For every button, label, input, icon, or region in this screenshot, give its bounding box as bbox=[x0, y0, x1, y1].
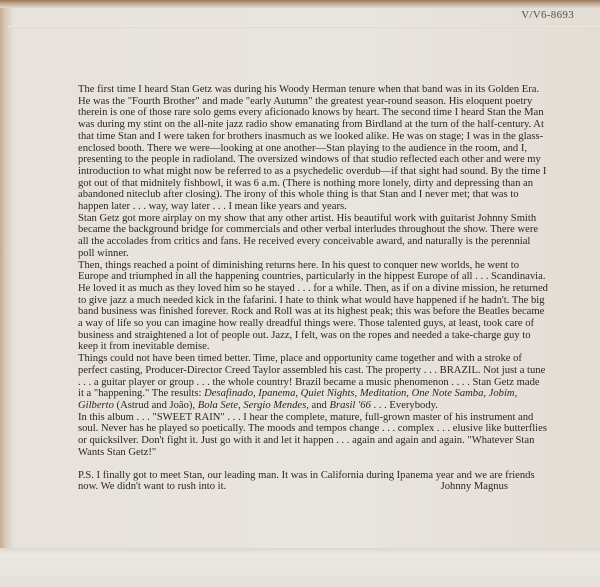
paragraph-europe: Then, things reached a point of diminish… bbox=[78, 260, 548, 283]
results-italic-2: Bola Sete, Sergio Mendes, bbox=[198, 400, 309, 411]
bottom-seam bbox=[0, 548, 600, 587]
catalog-number: V/V6-8693 bbox=[521, 9, 574, 21]
results-plain-2: and bbox=[309, 400, 330, 411]
paper-fold-line bbox=[8, 26, 600, 28]
paragraph-first-encounter: The first time I heard Stan Getz was dur… bbox=[78, 84, 548, 213]
author-signature: Johnny Magnus bbox=[441, 481, 508, 493]
paragraph-brazil: Things could not have been timed better.… bbox=[78, 353, 548, 412]
results-italic-3: Brasil '66 bbox=[329, 400, 370, 411]
results-plain-1: (Astrud and João), bbox=[114, 400, 198, 411]
paragraph-return: He loved it as much as they loved him so… bbox=[78, 283, 548, 353]
postscript: P.S. I finally got to meet Stan, our lea… bbox=[78, 470, 548, 493]
spacer bbox=[78, 459, 548, 470]
paragraph-airplay: Stan Getz got more airplay on my show th… bbox=[78, 213, 548, 260]
liner-notes: The first time I heard Stan Getz was dur… bbox=[78, 84, 548, 493]
results-plain-3: . . . Everybody. bbox=[371, 400, 438, 411]
worn-top-edge bbox=[0, 0, 600, 8]
paragraph-album: In this album . . . "SWEET RAIN" . . . I… bbox=[78, 412, 548, 459]
